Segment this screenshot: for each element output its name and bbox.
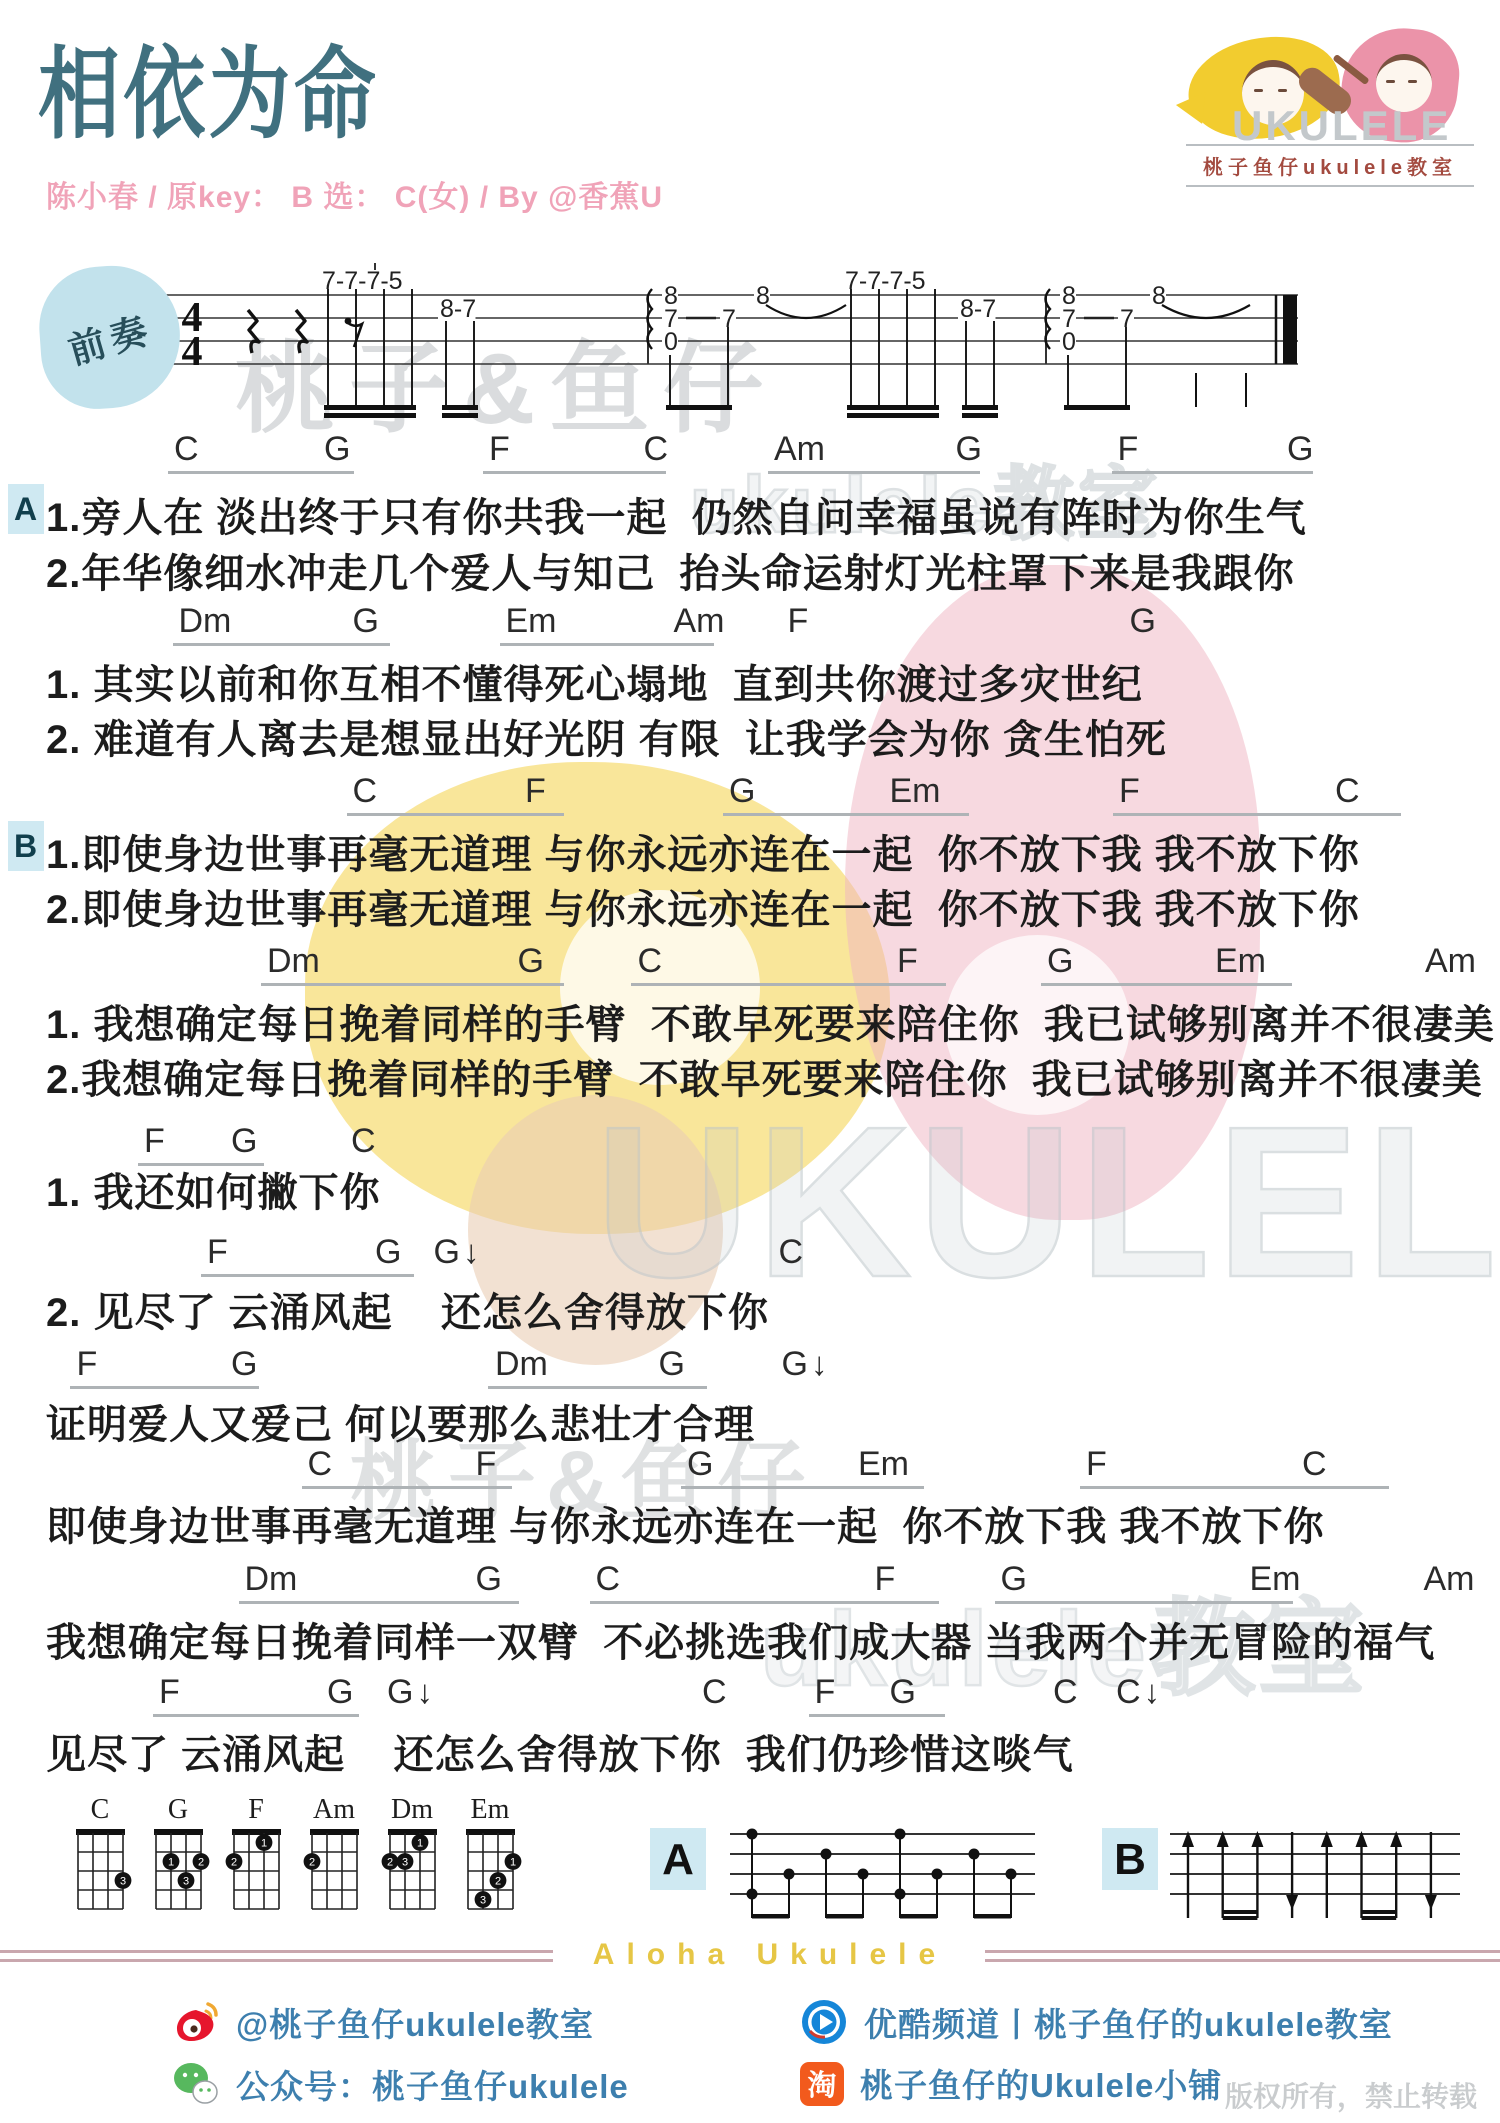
- svg-text:1: 1: [261, 1838, 267, 1850]
- chord-underline: [631, 983, 946, 986]
- youku-icon: [800, 1998, 848, 2046]
- chord-label: F: [144, 1122, 165, 1161]
- lyric-line: 2.年华像细水冲走几个爱人与知己 抬头命运射灯光柱罩下来是我跟你: [0, 542, 1500, 599]
- pattern-b: B: [1102, 1828, 1460, 1920]
- chord-underline: [302, 1486, 512, 1489]
- chord-label: C: [1302, 1445, 1327, 1484]
- chord-label: F: [815, 1673, 836, 1712]
- lyric-text: 1.即使身边世事再毫无道理 与你永远亦连在一起 你不放下我 我不放下你: [46, 833, 1360, 877]
- chord-label: Em: [1250, 1560, 1301, 1599]
- svg-text:2: 2: [495, 1876, 501, 1888]
- svg-text:Dm: Dm: [391, 1794, 433, 1825]
- lyric-text: 2. 见尽了 云涌风起 还怎么舍得放下你: [46, 1291, 769, 1335]
- chord-label: F: [207, 1233, 228, 1272]
- footer-item-wechat: 公众号：桃子鱼仔ukulele: [172, 2060, 629, 2108]
- lyric-line: 证明爱人又爱己 何以要那么悲壮才合理: [0, 1393, 1500, 1450]
- chord-label: C↓: [1116, 1673, 1160, 1712]
- svg-text:1: 1: [168, 1857, 174, 1869]
- strum-down-arrow: ↓: [1144, 1673, 1161, 1710]
- chord-label: C: [644, 430, 669, 469]
- chord-label: G: [1130, 602, 1156, 641]
- chord-label: G: [1047, 942, 1073, 981]
- svg-text:3: 3: [183, 1876, 189, 1888]
- chord-label: Am: [1424, 1560, 1475, 1599]
- sheet-music-page: 桃子&鱼仔 ukulele教室 UKULELE 桃子&鱼仔 ukulele教室 …: [0, 0, 1500, 2123]
- chord-diagram-C: C3: [76, 1794, 131, 1909]
- chord-label: G: [1287, 430, 1313, 469]
- lyric-text: 2.即使身边世事再毫无道理 与你永远亦连在一起 你不放下我 我不放下你: [46, 888, 1360, 932]
- svg-text:F: F: [248, 1794, 264, 1825]
- section-badge-a: A: [8, 484, 44, 534]
- weibo-icon: [172, 1998, 220, 2046]
- svg-text:3: 3: [402, 1857, 408, 1869]
- chord-label: G↓: [782, 1345, 828, 1384]
- footer-wechat-text: 公众号：桃子鱼仔ukulele: [236, 2061, 629, 2108]
- strum-down-arrow: ↓: [811, 1345, 828, 1382]
- taobao-icon: 淘: [800, 2062, 844, 2106]
- footer-item-weibo: @桃子鱼仔ukulele教室: [172, 1998, 594, 2046]
- lyric-text: 2.我想确定每日挽着同样的手臂 不敢早死要来陪住你 我已试够别离并不很凄美: [46, 1058, 1483, 1102]
- footer-youku-text: 优酷频道丨桃子鱼仔的ukulele教室: [864, 1999, 1393, 2046]
- chord-label: G: [375, 1233, 401, 1272]
- lyric-text: 我想确定每日挽着同样一双臂 不必挑选我们成大器 当我两个并无冒险的福气: [46, 1621, 1435, 1665]
- lyric-text: 见尽了 云涌风起 还怎么舍得放下你 我们仍珍惜这啖气: [46, 1733, 1074, 1777]
- chord-row: FGC: [0, 1120, 1500, 1166]
- svg-text:A: A: [662, 1835, 694, 1884]
- svg-text:3: 3: [480, 1895, 486, 1907]
- svg-text:C: C: [91, 1794, 110, 1825]
- lyric-text: 2. 难道有人离去是想显出好光阴 有限 让我学会为你 贪生怕死: [46, 718, 1167, 762]
- chord-label: Dm: [179, 602, 232, 641]
- footer-weibo-text: @桃子鱼仔ukulele教室: [236, 1999, 594, 2046]
- chord-label: G: [353, 602, 379, 641]
- chord-label: F: [1118, 430, 1139, 469]
- lyric-line: 2.即使身边世事再毫无道理 与你永远亦连在一起 你不放下我 我不放下你: [0, 878, 1500, 935]
- chord-row: CFGEmFC: [0, 770, 1500, 816]
- chord-label: G: [687, 1445, 713, 1484]
- lyric-line: 1. 我还如何撇下你: [0, 1161, 1500, 1218]
- lyric-line: A1.旁人在 淡出终于只有你共我一起 仍然自问幸福虽说有阵时为你生气: [0, 486, 1500, 543]
- chord-underline: [153, 1714, 359, 1717]
- chord-row: FGG↓CFGCC↓: [0, 1671, 1500, 1717]
- lyric-text: 证明爱人又爱己 何以要那么悲壮才合理: [46, 1403, 755, 1447]
- chord-label: G: [956, 430, 982, 469]
- chord-label: F: [159, 1673, 180, 1712]
- chord-label: Dm: [244, 1560, 297, 1599]
- chord-diagram-F: F12: [226, 1794, 281, 1909]
- chord-underline: [723, 813, 969, 816]
- chord-label: G: [231, 1345, 257, 1384]
- chord-label: Dm: [495, 1345, 548, 1384]
- chord-underline: [1041, 983, 1292, 986]
- chord-underline: [1112, 471, 1313, 474]
- chord-underline: [70, 1386, 259, 1389]
- chord-row: DmGCFGEmAm: [0, 1558, 1500, 1604]
- chord-label: F: [875, 1560, 896, 1599]
- footer-item-taobao: 淘 桃子鱼仔的Ukulele小铺: [800, 2060, 1222, 2107]
- lyric-line: 1. 我想确定每日挽着同样的手臂 不敢早死要来陪住你 我已试够别离并不很凄美: [0, 993, 1500, 1050]
- chord-underline: [173, 643, 391, 646]
- lyric-text: 即使身边世事再毫无道理 与你永远亦连在一起 你不放下我 我不放下你: [46, 1505, 1324, 1549]
- chord-label: C: [353, 772, 378, 811]
- chord-diagram-Em: Em123: [466, 1794, 521, 1909]
- chord-label: F: [788, 602, 809, 641]
- chord-label: Em: [890, 772, 941, 811]
- chord-underline: [500, 643, 715, 646]
- chord-label: F: [525, 772, 546, 811]
- divider-text: Aloha Ukulele: [555, 1938, 985, 1972]
- chord-label: F: [77, 1345, 98, 1384]
- svg-text:B: B: [1114, 1835, 1146, 1884]
- divider-right: [985, 1950, 1500, 1962]
- svg-text:3: 3: [120, 1876, 126, 1888]
- chord-label: F: [476, 1445, 497, 1484]
- svg-text:2: 2: [387, 1857, 393, 1869]
- chord-underline: [681, 1486, 924, 1489]
- chord-label: Em: [506, 602, 557, 641]
- chord-label: Am: [774, 430, 825, 469]
- svg-text:Am: Am: [313, 1794, 355, 1825]
- chord-row: CGFCAmGFG: [0, 428, 1500, 474]
- chord-underline: [239, 1601, 520, 1604]
- strum-down-arrow: ↓: [416, 1673, 433, 1710]
- chord-row: DmGCFGEmAm: [0, 940, 1500, 986]
- chord-label: C: [638, 942, 663, 981]
- chord-label: F: [1086, 1445, 1107, 1484]
- chord-label: Em: [1215, 942, 1266, 981]
- lyric-line: 2.我想确定每日挽着同样的手臂 不敢早死要来陪住你 我已试够别离并不很凄美: [0, 1048, 1500, 1105]
- chord-label: C: [596, 1560, 621, 1599]
- chord-label: C: [308, 1445, 333, 1484]
- chord-row: FGG↓C: [0, 1231, 1500, 1277]
- chord-label: C: [1335, 772, 1360, 811]
- chord-underline: [201, 1274, 414, 1277]
- lyric-text: 1. 我还如何撇下你: [46, 1171, 380, 1215]
- lyric-text: 1.旁人在 淡出终于只有你共我一起 仍然自问幸福虽说有阵时为你生气: [46, 496, 1307, 540]
- svg-text:Em: Em: [471, 1794, 510, 1825]
- chord-diagram-Dm: Dm123: [382, 1794, 437, 1909]
- divider-left: [0, 1950, 553, 1962]
- chord-label: F: [1119, 772, 1140, 811]
- svg-text:2: 2: [231, 1857, 237, 1869]
- lyric-text: 2.年华像细水冲走几个爱人与知己 抬头命运射灯光柱罩下来是我跟你: [46, 552, 1295, 596]
- chord-label: G: [231, 1122, 257, 1161]
- chord-label: G↓: [387, 1673, 433, 1712]
- chord-label: G: [1000, 1560, 1026, 1599]
- chord-underline: [168, 471, 354, 474]
- svg-text:G: G: [168, 1794, 188, 1825]
- footer-item-youku: 优酷频道丨桃子鱼仔的ukulele教室: [800, 1998, 1393, 2046]
- chord-label: C: [1053, 1673, 1078, 1712]
- lyric-line: 2. 见尽了 云涌风起 还怎么舍得放下你: [0, 1281, 1500, 1338]
- lyric-line: 1. 其实以前和你互相不懂得死心塌地 直到共你渡过多灾世纪: [0, 653, 1500, 710]
- chord-label: C: [174, 430, 199, 469]
- lyric-line: 2. 难道有人离去是想显出好光阴 有限 让我学会为你 贪生怕死: [0, 708, 1500, 765]
- chord-label: Dm: [267, 942, 320, 981]
- lyric-line: 我想确定每日挽着同样一双臂 不必挑选我们成大器 当我两个并无冒险的福气: [0, 1611, 1500, 1668]
- footer-taobao-text: 桃子鱼仔的Ukulele小铺: [860, 2060, 1222, 2107]
- rhythm-patterns: AB: [610, 1800, 1500, 1940]
- wechat-icon: [172, 2060, 220, 2108]
- chord-diagram-Am: Am2: [304, 1794, 359, 1909]
- section-badge-b: B: [8, 821, 44, 871]
- chord-label: Em: [858, 1445, 909, 1484]
- chord-label: G: [890, 1673, 916, 1712]
- chord-underline: [995, 1601, 1294, 1604]
- chord-underline: [1113, 813, 1401, 816]
- chord-label: C: [351, 1122, 376, 1161]
- chord-row: FGDmGG↓: [0, 1343, 1500, 1389]
- chord-underline: [261, 983, 564, 986]
- chord-label: C: [779, 1233, 804, 1272]
- strum-down-arrow: ↓: [463, 1233, 480, 1270]
- chord-label: F: [489, 430, 510, 469]
- chord-diagram-G: G123: [154, 1794, 209, 1909]
- svg-text:1: 1: [417, 1838, 423, 1850]
- chord-label: C: [702, 1673, 727, 1712]
- chord-label: Am: [674, 602, 725, 641]
- pattern-a: A: [650, 1828, 1035, 1919]
- svg-text:1: 1: [510, 1857, 516, 1869]
- chord-row: DmGEmAmFG: [0, 600, 1500, 646]
- chord-underline: [1080, 1486, 1389, 1489]
- chord-underline: [768, 471, 980, 474]
- chord-label: Am: [1425, 942, 1476, 981]
- chord-underline: [483, 471, 666, 474]
- lyric-text: 1. 其实以前和你互相不懂得死心塌地 直到共你渡过多灾世纪: [46, 663, 1143, 707]
- chord-underline: [488, 1386, 707, 1389]
- lyric-line: 见尽了 云涌风起 还怎么舍得放下你 我们仍珍惜这啖气: [0, 1723, 1500, 1780]
- chord-label: G: [476, 1560, 502, 1599]
- chord-label: G↓: [434, 1233, 480, 1272]
- chord-label: G: [327, 1673, 353, 1712]
- lyric-line: B1.即使身边世事再毫无道理 与你永远亦连在一起 你不放下我 我不放下你: [0, 823, 1500, 880]
- chord-label: G: [518, 942, 544, 981]
- lyric-text: 1. 我想确定每日挽着同样的手臂 不敢早死要来陪住你 我已试够别离并不很凄美: [46, 1003, 1495, 1047]
- chord-label: F: [897, 942, 918, 981]
- chord-label: G: [324, 430, 350, 469]
- svg-text:2: 2: [309, 1857, 315, 1869]
- chord-label: G: [659, 1345, 685, 1384]
- chord-underline: [590, 1601, 940, 1604]
- chord-underline: [347, 813, 565, 816]
- chord-underline: [809, 1714, 946, 1717]
- lyric-line: 即使身边世事再毫无道理 与你永远亦连在一起 你不放下我 我不放下你: [0, 1495, 1500, 1552]
- svg-text:2: 2: [198, 1857, 204, 1869]
- chord-label: G: [729, 772, 755, 811]
- chord-row: CFGEmFC: [0, 1443, 1500, 1489]
- chord-diagrams: C3G123F12Am2Dm123Em123: [50, 1788, 700, 1948]
